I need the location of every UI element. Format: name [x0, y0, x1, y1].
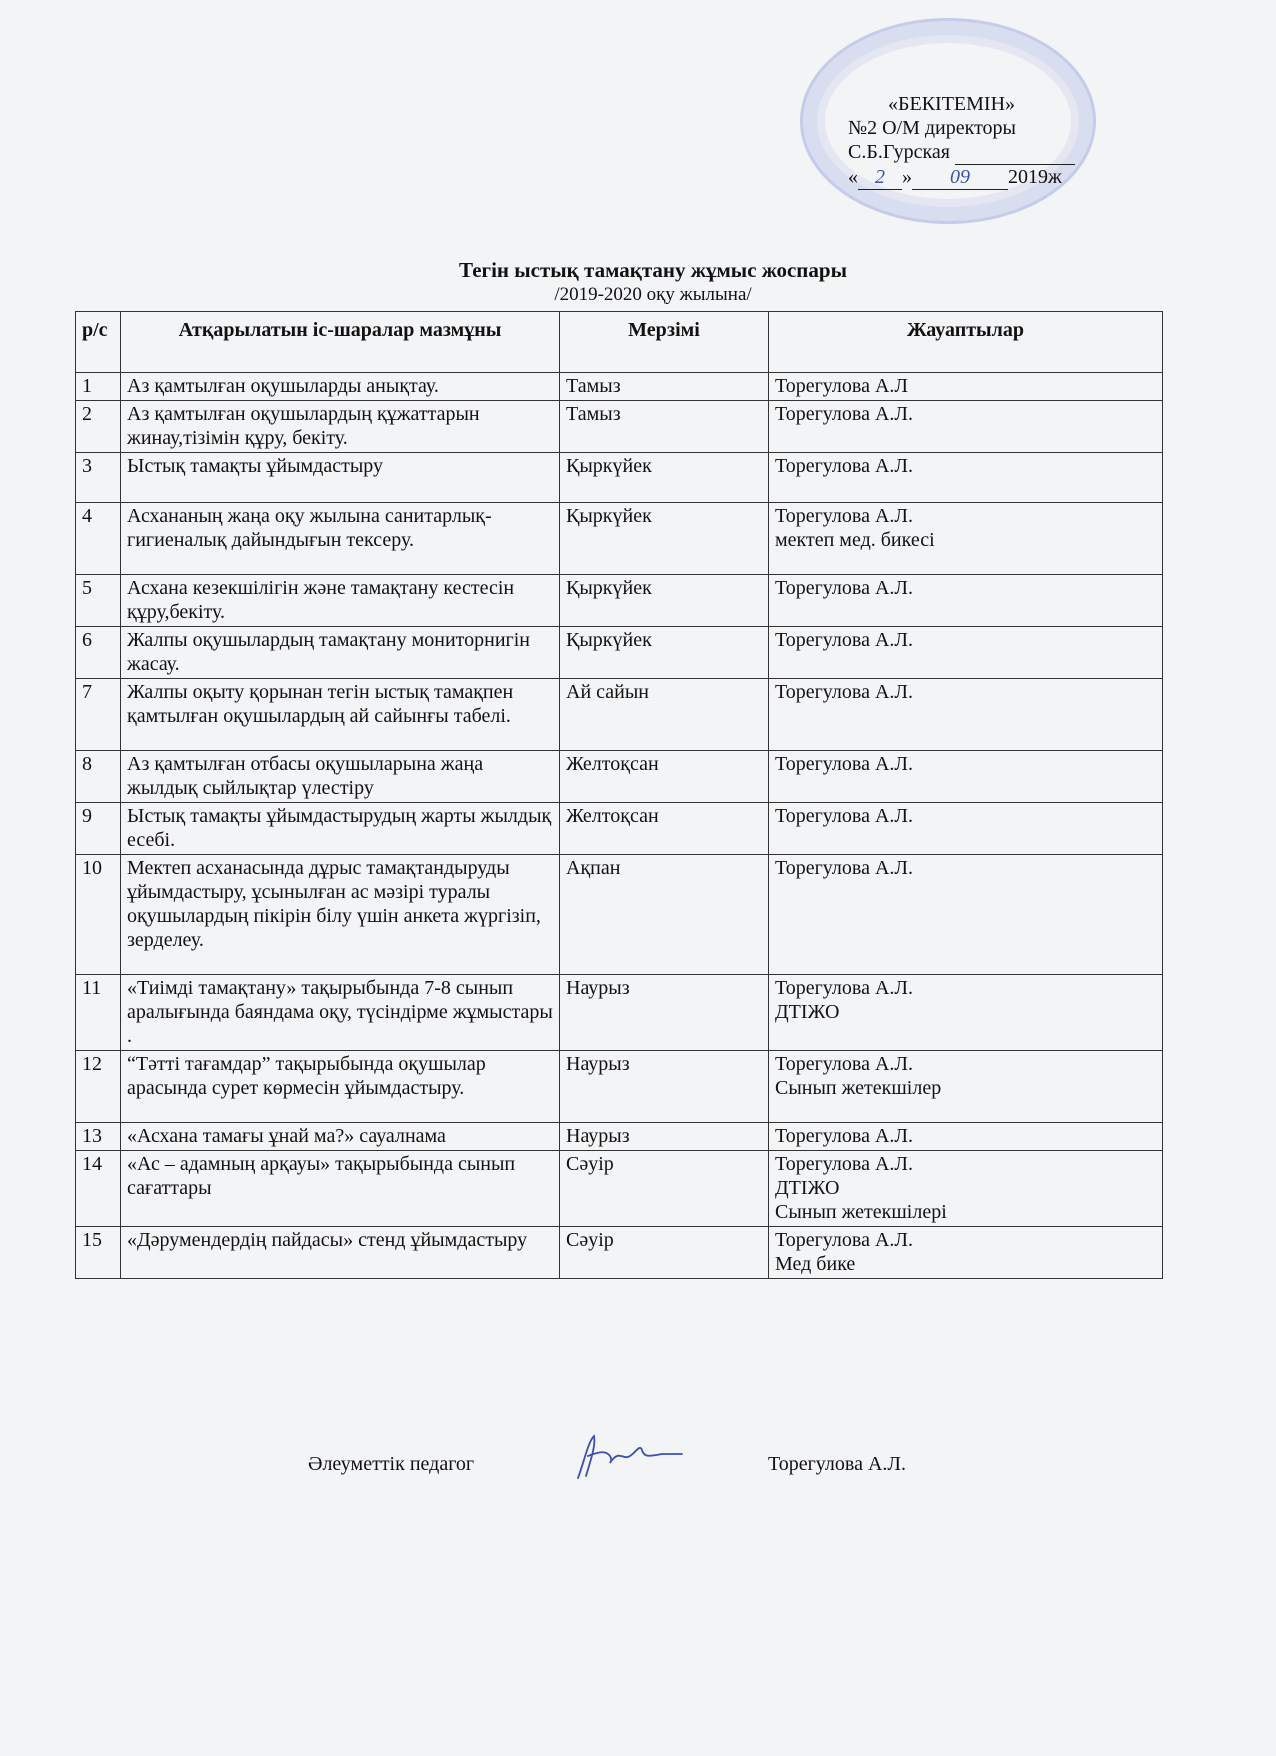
row-activity: Аз қамтылған оқушылардың құжаттарын жина…: [121, 401, 560, 453]
row-activity: Мектеп асханасында дұрыс тамақтандыруды …: [121, 855, 560, 975]
row-activity: Асхананың жаңа оқу жылына санитарлық-гиг…: [121, 503, 560, 575]
row-activity: «Тиімді тамақтану» тақырыбында 7-8 сынып…: [121, 975, 560, 1051]
table-row: 7Жалпы оқыту қорынан тегін ыстық тамақпе…: [76, 679, 1163, 751]
date-year: 2019ж: [1008, 166, 1062, 188]
row-number: 2: [76, 401, 121, 453]
table-row: 14«Ас – адамның арқауы» тақырыбында сыны…: [76, 1151, 1163, 1227]
table-row: 13«Асхана тамағы ұнай ма?» сауалнамаНаур…: [76, 1123, 1163, 1151]
row-responsible: Торегулова А.Л.: [769, 453, 1163, 503]
table-row: 12“Тәтті тағамдар” тақырыбында оқушылар …: [76, 1051, 1163, 1123]
row-deadline: Желтоқсан: [560, 751, 769, 803]
row-activity: Жалпы оқушылардың тамақтану мониторнигін…: [121, 627, 560, 679]
table-row: 11«Тиімді тамақтану» тақырыбында 7-8 сын…: [76, 975, 1163, 1051]
row-deadline: Ай сайын: [560, 679, 769, 751]
table-row: 9Ыстық тамақты ұйымдастырудың жарты жылд…: [76, 803, 1163, 855]
date-close-quote: »: [902, 166, 912, 188]
table-row: 6Жалпы оқушылардың тамақтану мониторнигі…: [76, 627, 1163, 679]
row-activity: «Ас – адамның арқауы» тақырыбында сынып …: [121, 1151, 560, 1227]
row-activity: Ыстық тамақты ұйымдастырудың жарты жылды…: [121, 803, 560, 855]
row-number: 5: [76, 575, 121, 627]
row-responsible: Торегулова А.Л.: [769, 401, 1163, 453]
row-deadline: Тамыз: [560, 373, 769, 401]
row-number: 13: [76, 1123, 121, 1151]
row-activity: Жалпы оқыту қорынан тегін ыстық тамақпен…: [121, 679, 560, 751]
row-activity: Аз қамтылған оқушыларды анықтау.: [121, 373, 560, 401]
approval-position: №2 О/М директоры: [848, 116, 1075, 140]
row-responsible: Торегулова А.Л: [769, 373, 1163, 401]
date-day: 2: [875, 166, 885, 188]
row-number: 12: [76, 1051, 121, 1123]
row-responsible: Торегулова А.Л. Мед бике: [769, 1227, 1163, 1279]
row-number: 14: [76, 1151, 121, 1227]
row-activity: Асхана кезекшілігін және тамақтану кесте…: [121, 575, 560, 627]
row-responsible: Торегулова А.Л.: [769, 855, 1163, 975]
row-responsible: Торегулова А.Л.: [769, 575, 1163, 627]
row-deadline: Наурыз: [560, 1123, 769, 1151]
row-number: 9: [76, 803, 121, 855]
row-number: 1: [76, 373, 121, 401]
row-activity: «Асхана тамағы ұнай ма?» сауалнама: [121, 1123, 560, 1151]
row-number: 3: [76, 453, 121, 503]
table-row: 2Аз қамтылған оқушылардың құжаттарын жин…: [76, 401, 1163, 453]
header-responsible: Жауаптылар: [769, 312, 1163, 373]
table-row: 4Асхананың жаңа оқу жылына санитарлық-ги…: [76, 503, 1163, 575]
approval-name: С.Б.Гурская: [848, 141, 950, 163]
approval-heading: «БЕКІТЕМІН»: [848, 92, 1075, 116]
row-responsible: Торегулова А.Л. Сынып жетекшілер: [769, 1051, 1163, 1123]
row-deadline: Желтоқсан: [560, 803, 769, 855]
table-row: 10Мектеп асханасында дұрыс тамақтандыруд…: [76, 855, 1163, 975]
row-deadline: Ақпан: [560, 855, 769, 975]
row-number: 7: [76, 679, 121, 751]
row-deadline: Сәуір: [560, 1227, 769, 1279]
header-activity: Атқарылатын іс-шаралар мазмұны: [121, 312, 560, 373]
row-activity: Аз қамтылған отбасы оқушыларына жаңа жыл…: [121, 751, 560, 803]
row-responsible: Торегулова А.Л. мектеп мед. бикесі: [769, 503, 1163, 575]
header-deadline: Мерзімі: [560, 312, 769, 373]
row-number: 10: [76, 855, 121, 975]
signature-scribble: [570, 1432, 690, 1482]
row-number: 15: [76, 1227, 121, 1279]
document-subtitle: /2019-2020 оқу жылына/: [0, 284, 1276, 306]
approval-block: «БЕКІТЕМІН» №2 О/М директоры С.Б.Гурская…: [848, 92, 1075, 190]
row-deadline: Наурыз: [560, 975, 769, 1051]
signature-line: [955, 140, 1075, 165]
row-number: 11: [76, 975, 121, 1051]
row-responsible: Торегулова А.Л. ДТІЖО: [769, 975, 1163, 1051]
row-responsible: Торегулова А.Л.: [769, 751, 1163, 803]
footer-role: Әлеуметтік педагог: [308, 1453, 474, 1476]
row-deadline: Қыркүйек: [560, 575, 769, 627]
row-deadline: Тамыз: [560, 401, 769, 453]
row-activity: Ыстық тамақты ұйымдастыру: [121, 453, 560, 503]
table-row: 8Аз қамтылған отбасы оқушыларына жаңа жы…: [76, 751, 1163, 803]
row-deadline: Қыркүйек: [560, 627, 769, 679]
table-row: 3Ыстық тамақты ұйымдастыруҚыркүйекТорегу…: [76, 453, 1163, 503]
row-deadline: Қыркүйек: [560, 453, 769, 503]
table-row: 1Аз қамтылған оқушыларды анықтау.ТамызТо…: [76, 373, 1163, 401]
table-row: 15«Дәрумендердің пайдасы» стенд ұйымдаст…: [76, 1227, 1163, 1279]
table-row: 5Асхана кезекшілігін және тамақтану кест…: [76, 575, 1163, 627]
plan-table: р/с Атқарылатын іс-шаралар мазмұны Мерзі…: [75, 311, 1163, 1279]
row-deadline: Қыркүйек: [560, 503, 769, 575]
date-open-quote: «: [848, 166, 858, 188]
row-responsible: Торегулова А.Л. ДТІЖО Сынып жетекшілері: [769, 1151, 1163, 1227]
row-responsible: Торегулова А.Л.: [769, 1123, 1163, 1151]
row-responsible: Торегулова А.Л.: [769, 803, 1163, 855]
footer-name: Торегулова А.Л.: [768, 1453, 906, 1476]
row-activity: “Тәтті тағамдар” тақырыбында оқушылар ар…: [121, 1051, 560, 1123]
row-activity: «Дәрумендердің пайдасы» стенд ұйымдастыр…: [121, 1227, 560, 1279]
row-number: 8: [76, 751, 121, 803]
row-deadline: Сәуір: [560, 1151, 769, 1227]
row-number: 6: [76, 627, 121, 679]
table-header-row: р/с Атқарылатын іс-шаралар мазмұны Мерзі…: [76, 312, 1163, 373]
row-responsible: Торегулова А.Л.: [769, 679, 1163, 751]
header-number: р/с: [76, 312, 121, 373]
row-deadline: Наурыз: [560, 1051, 769, 1123]
date-month: 09: [950, 166, 970, 188]
row-number: 4: [76, 503, 121, 575]
row-responsible: Торегулова А.Л.: [769, 627, 1163, 679]
document-title: Тегін ыстық тамақтану жұмыс жоспары: [0, 258, 1276, 283]
